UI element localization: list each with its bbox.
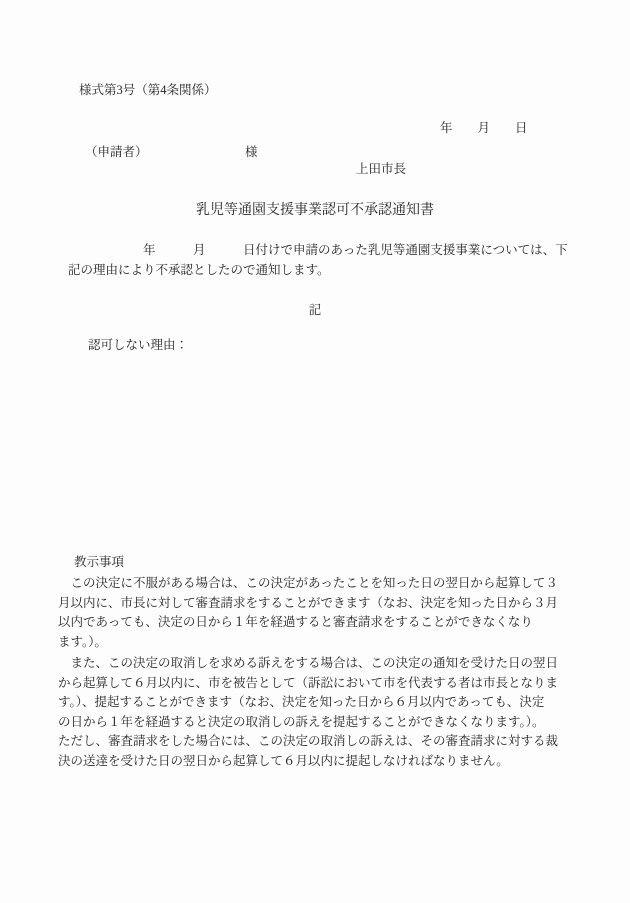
document-title: 乳児等通園支援事業認可不承認通知書 [0,199,630,219]
date-line: 年 月 日 [440,122,528,136]
ki-marker: 記 [0,300,630,318]
applicant-honorific: 様 [245,146,258,160]
form-number: 様式第3号（第4条関係） [79,84,217,98]
notes-paragraph-1: この決定に不服がある場合は、この決定があったことを知った日の翌日から起算して３ … [58,574,573,652]
intro-paragraph: 年 月 日付けで申請のあった乳児等通園支援事業については、下 記の理由により不承… [68,241,573,280]
applicant-label: （申請者） [85,146,148,160]
notes-paragraph-2: また、この決定の取消しを求める訴えをする場合は、この決定の通知を受けた日の翌日 … [58,654,573,771]
document-page: 様式第3号（第4条関係） 年 月 日 （申請者） 様 上田市長 乳児等通園支援事… [0,0,630,903]
sender-mayor: 上田市長 [356,163,406,177]
notes-heading: 教示事項 [74,556,124,570]
reason-label: 認可しない理由： [88,339,188,353]
